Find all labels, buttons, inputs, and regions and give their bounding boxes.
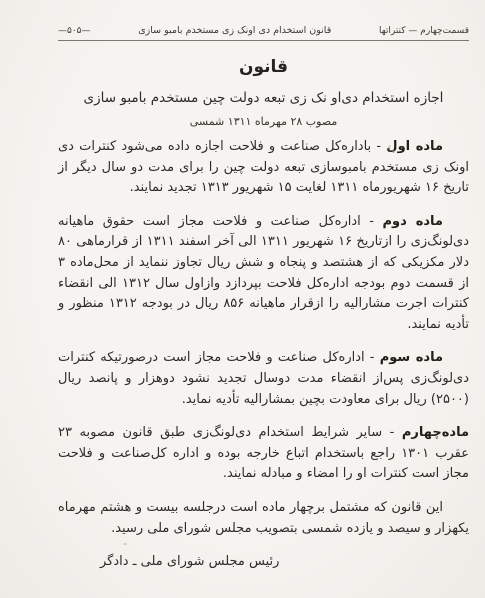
article-3: ماده سوم - اداره‌کل صناعت و فلاحت مجاز ا… — [58, 348, 469, 410]
scanned-law-page: قسمت‌چهارم — کنتراتها قانون استخدام دی ا… — [0, 0, 485, 598]
article-2: ماده دوم - اداره‌کل صناعت و فلاحت مجاز ا… — [58, 212, 469, 336]
ratification-paragraph: این قانون که مشتمل برچهار ماده است درجلس… — [58, 498, 469, 539]
page-content: قسمت‌چهارم — کنتراتها قانون استخدام دی ا… — [0, 0, 485, 573]
approval-date-line: مصوب ۲۸ مهرماه ۱۳۱۱ شمسی — [58, 115, 469, 128]
running-header: قسمت‌چهارم — کنتراتها قانون استخدام دی ا… — [58, 25, 469, 36]
header-divider-rule — [58, 40, 469, 41]
article-2-label: ماده دوم — [383, 214, 443, 229]
scan-artifact-speck — [123, 543, 127, 545]
law-body: ماده اول - باداره‌کل صناعت و فلاحت اجازه… — [58, 137, 469, 573]
law-title: قانون — [58, 57, 469, 77]
header-page-number: —۵۰۵— — [58, 26, 91, 36]
article-1: ماده اول - باداره‌کل صناعت و فلاحت اجازه… — [58, 137, 469, 199]
article-4: ماده‌چهارم - سایر شرایط استخدام دی‌لونگ‌… — [58, 423, 469, 485]
article-2-text: - اداره‌کل صناعت و فلاحت مجاز است حقوق م… — [58, 214, 469, 332]
speaker-signature: رئیس مجلس شورای ملی ـ دادگر — [58, 552, 469, 573]
header-section-label: قسمت‌چهارم — کنتراتها — [379, 26, 469, 36]
scan-artifact-speck — [392, 150, 395, 153]
header-running-title: قانون استخدام دی اونک زی مستخدم بامبو سا… — [138, 25, 331, 36]
law-subtitle: اجازه استخدام دی‌او نک زی تبعه دولت چین … — [58, 90, 469, 106]
article-4-label: ماده‌چهارم — [402, 425, 469, 440]
article-3-label: ماده سوم — [380, 350, 443, 365]
